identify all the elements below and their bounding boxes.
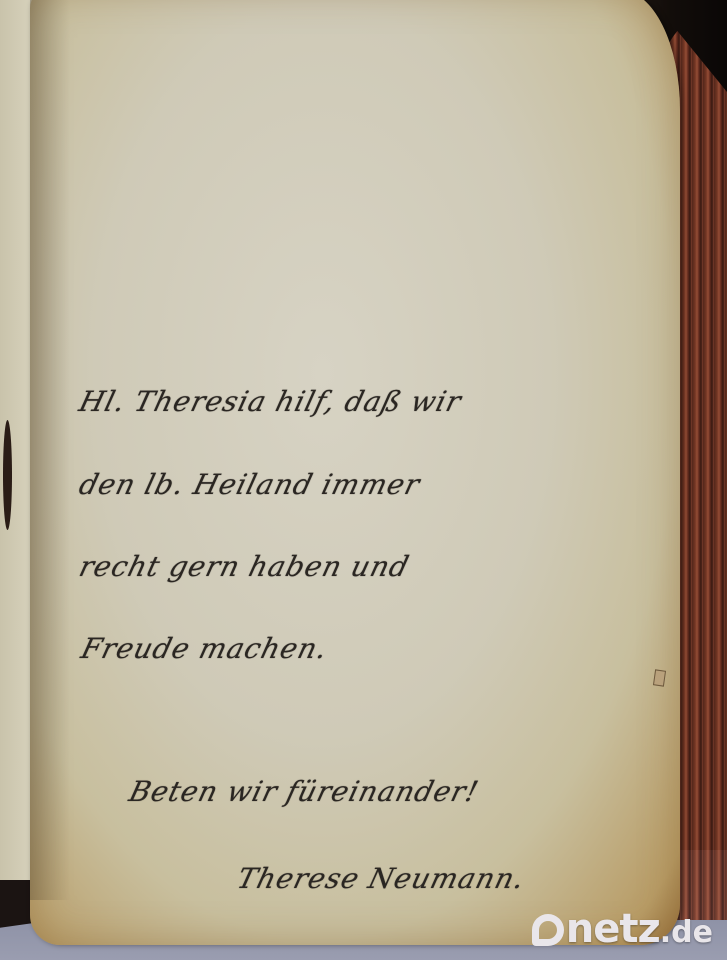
handwriting-line-3: recht gern haben und [76,550,413,583]
handwriting-signature: Therese Neumann. [234,862,529,895]
watermark-tld: .de [660,915,713,950]
onetz-watermark: netz .de [532,906,713,952]
handwriting-line-2: den lb. Heiland immer [76,468,424,501]
watermark-brand: netz [566,906,660,952]
photo-scene: Hl. Theresia hilf, daß wir den lb. Heila… [0,0,727,960]
gutter-shadow [30,0,70,900]
handwriting-line-4: Freude machen. [78,632,332,665]
paper-tear [3,420,12,530]
handwriting-line-1: Hl. Theresia hilf, daß wir [76,385,465,418]
handwriting-line-5: Beten wir füreinander! [126,775,483,808]
page-tab-mark [653,669,666,686]
speech-bubble-o-icon [532,914,564,946]
